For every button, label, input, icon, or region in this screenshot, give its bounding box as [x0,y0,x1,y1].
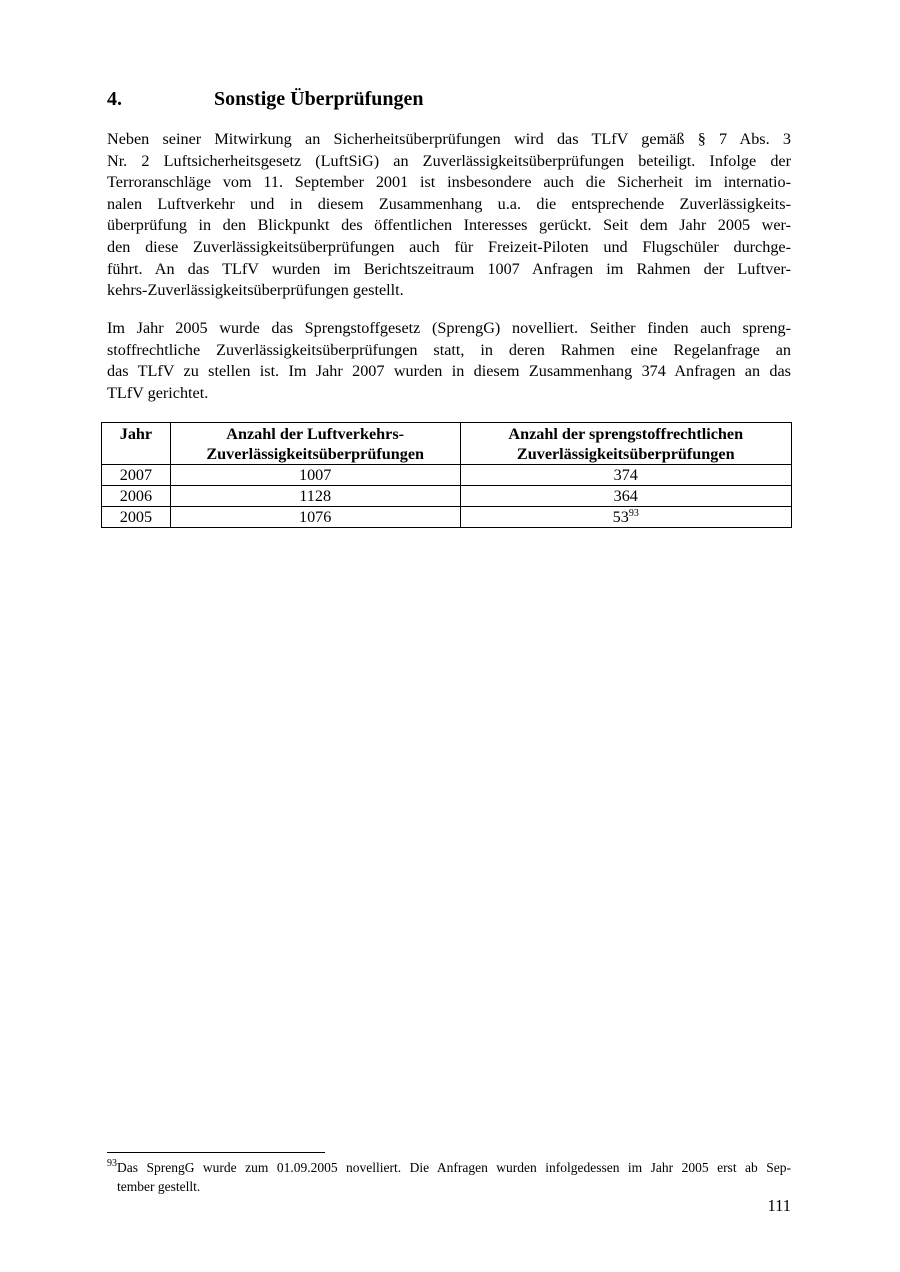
cell-explosives-checks: 364 [460,486,791,507]
paragraph-luftsicherheit: Neben seiner Mitwirkung an Sicherheitsüb… [107,129,791,302]
cell-air-checks: 1007 [170,465,460,486]
page-number: 111 [767,1196,791,1216]
table-row: 20071007374 [102,465,792,486]
footnote-reference[interactable]: 93 [629,508,639,519]
cell-explosives-checks: 374 [460,465,791,486]
statistics-table: Jahr Anzahl der Luftverkehrs-Zuverlässig… [101,422,792,528]
cell-year: 2005 [102,507,171,528]
table-header-row: Jahr Anzahl der Luftverkehrs-Zuverlässig… [102,423,792,465]
text-line: überprüfung in den Blickpunkt des öffent… [107,215,791,237]
footnote-number: 93 [107,1158,117,1169]
section-title: Sonstige Überprüfungen [214,88,423,110]
cell-air-checks: 1076 [170,507,460,528]
cell-year: 2006 [102,486,171,507]
text-line: stoffrechtliche Zuverlässigkeitsüberprüf… [107,340,791,362]
text-line: den diese Zuverlässigkeitsüberprüfungen … [107,237,791,259]
header-air-checks: Anzahl der Luftverkehrs-Zuverlässigkeits… [170,423,460,465]
cell-air-checks: 1128 [170,486,460,507]
header-year: Jahr [102,423,171,465]
text-line: das TLfV zu stellen ist. Im Jahr 2007 wu… [107,361,791,383]
table-row: 200510765393 [102,507,792,528]
footnote-text-line: tember gestellt. [107,1177,791,1196]
text-line: Im Jahr 2005 wurde das Sprengstoffgesetz… [107,318,791,340]
text-line: führt. An das TLfV wurden im Berichtszei… [107,259,791,281]
text-line: TLfV gerichtet. [107,383,791,405]
cell-year: 2007 [102,465,171,486]
section-heading: 4.Sonstige Überprüfungen [107,86,423,112]
section-number: 4. [107,86,214,112]
text-line: Nr. 2 Luftsicherheitsgesetz (LuftSiG) an… [107,151,791,173]
header-explosives-checks: Anzahl der sprengstoffrechtlichenZuverlä… [460,423,791,465]
text-line: nalen Luftverkehr und in diesem Zusammen… [107,194,791,216]
paragraph-sprengstoff: Im Jahr 2005 wurde das Sprengstoffgesetz… [107,318,791,404]
footnote: 93Das SprengG wurde zum 01.09.2005 novel… [107,1158,791,1196]
table-row: 20061128364 [102,486,792,507]
footnote-divider [107,1152,325,1153]
text-line: Neben seiner Mitwirkung an Sicherheitsüb… [107,129,791,151]
text-line: Terroranschläge vom 11. September 2001 i… [107,172,791,194]
text-line: kehrs-Zuverlässigkeitsüberprüfungen gest… [107,280,791,302]
cell-explosives-checks: 5393 [460,507,791,528]
footnote-text-line: Das SprengG wurde zum 01.09.2005 novelli… [117,1160,791,1175]
